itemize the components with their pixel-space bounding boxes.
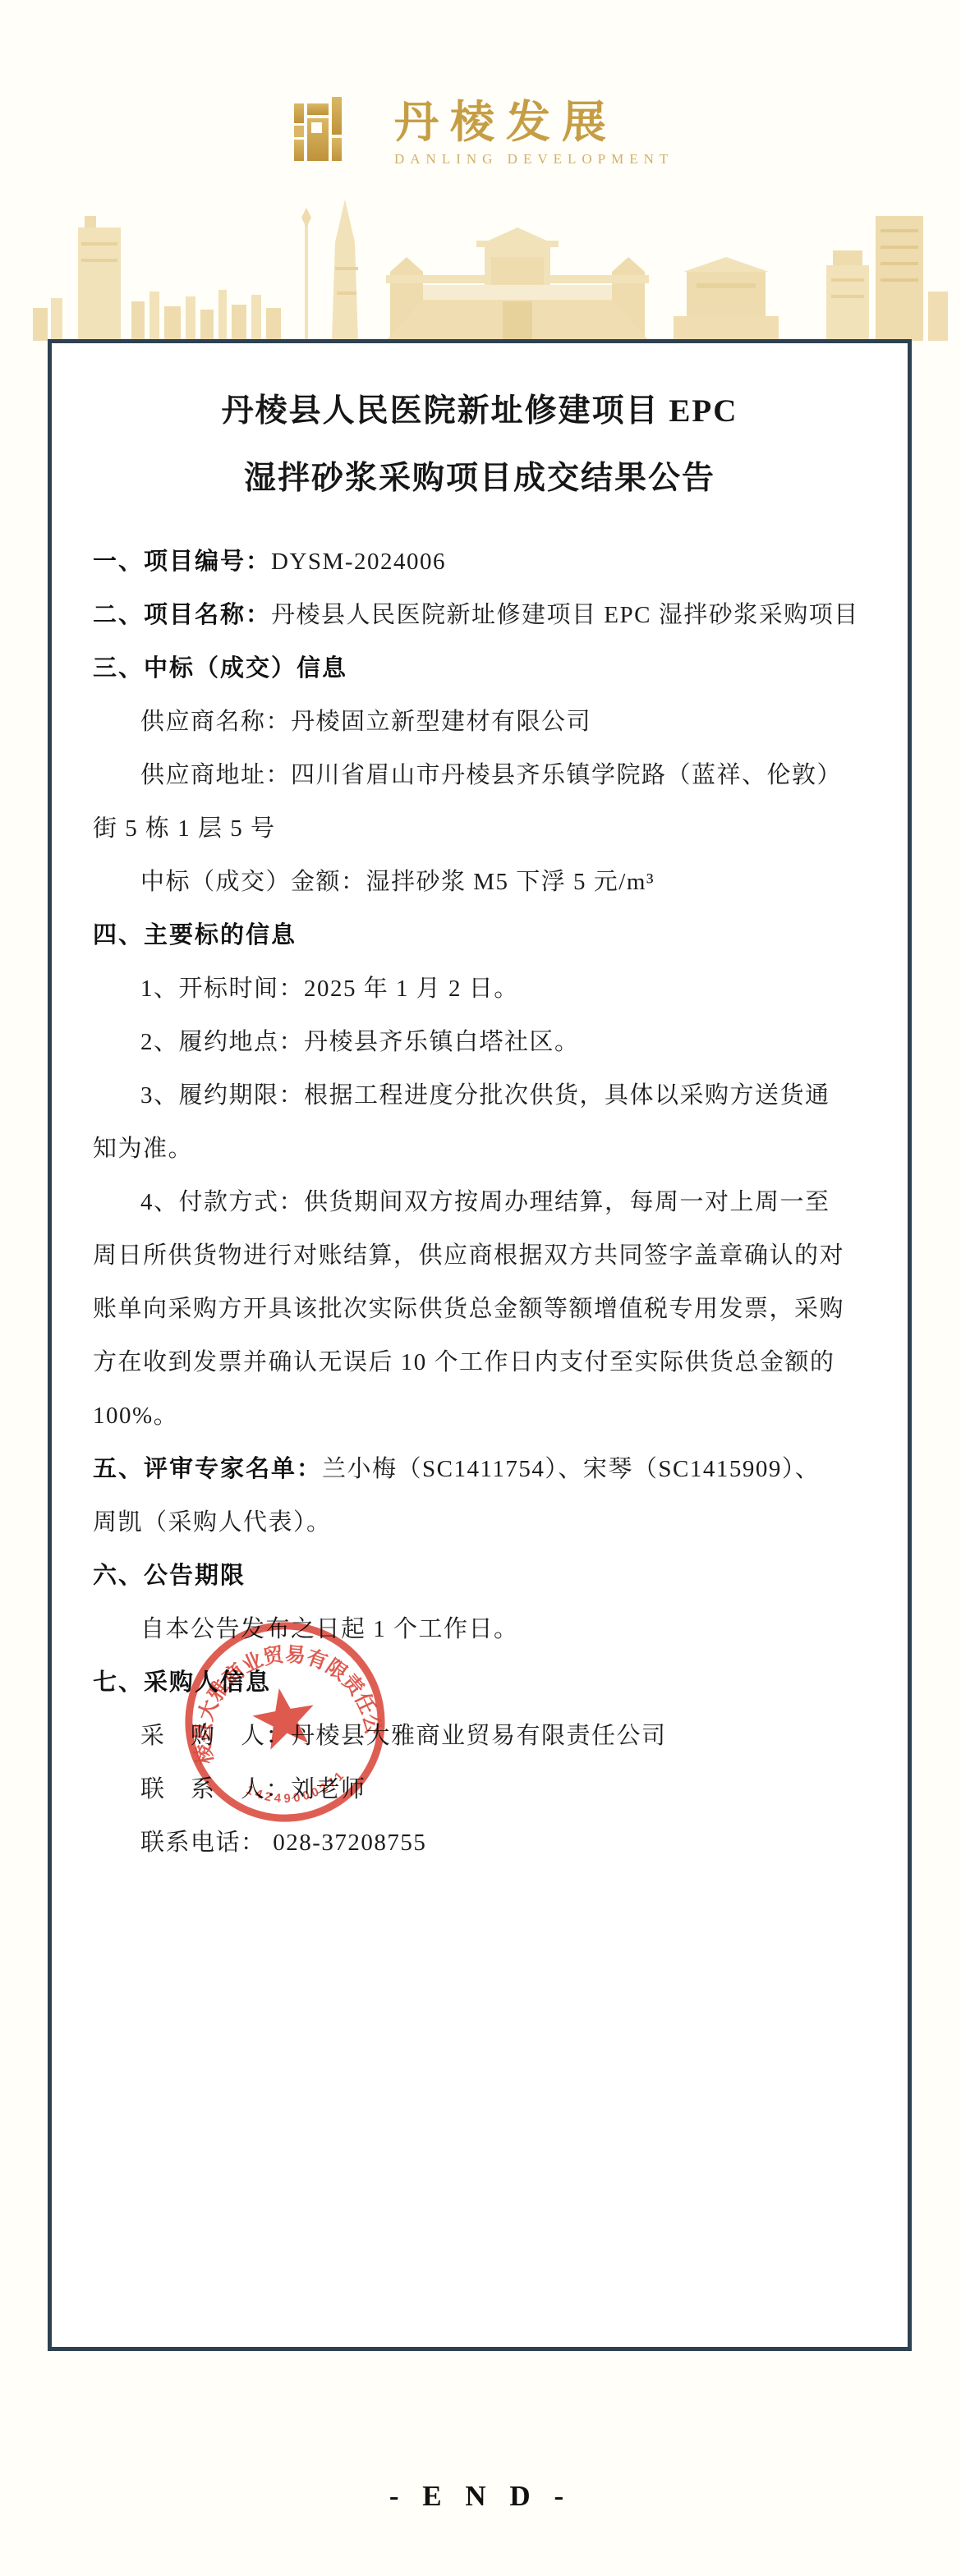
brand-text: 丹棱发展 DANLING DEVELOPMENT (394, 97, 674, 168)
seal-star-icon (249, 1683, 320, 1752)
doc-line: 五、评审专家名单：兰小梅（SC1411754）、宋琴（SC1415909）、 (93, 1443, 867, 1496)
doc-line: 中标（成交）金额：湿拌砂浆 M5 下浮 5 元/m³ (93, 856, 867, 909)
doc-line: 账单向采购方开具该批次实际供货总金额等额增值税专用发票，采购 (93, 1283, 867, 1336)
doc-line: 三、中标（成交）信息 (93, 642, 867, 696)
document-page: 丹棱发展 DANLING DEVELOPMENT (0, 0, 961, 2576)
doc-line: 供应商地址：四川省眉山市丹棱县齐乐镇学院路（蓝祥、伦敦） (93, 749, 867, 802)
title-line-1: 丹棱县人民医院新址修建项目 EPC (222, 393, 738, 429)
skyline-graphic (0, 193, 961, 341)
brand-header: 丹棱发展 DANLING DEVELOPMENT (294, 97, 674, 168)
doc-line: 周日所供货物进行对账结算，供应商根据双方共同签字盖章确认的对 (93, 1229, 867, 1283)
doc-line: 1、开标时间：2025 年 1 月 2 日。 (93, 962, 867, 1016)
doc-line: 方在收到发票并确认无误后 10 个工作日内支付至实际供货总金额的 (93, 1336, 867, 1389)
announcement-box: 丹棱县人民医院新址修建项目 EPC 湿拌砂浆采购项目成交结果公告 一、项目编号：… (48, 339, 912, 2351)
announcement-title: 丹棱县人民医院新址修建项目 EPC 湿拌砂浆采购项目成交结果公告 (68, 378, 891, 512)
doc-line: 供应商名称：丹棱固立新型建材有限公司 (93, 696, 867, 749)
doc-line: 2、履约地点：丹棱县齐乐镇白塔社区。 (93, 1016, 867, 1069)
danling-logo-icon (294, 97, 352, 161)
brand-name-english: DANLING DEVELOPMENT (394, 151, 674, 168)
doc-line: 六、公告期限 (93, 1550, 867, 1603)
doc-line: 3、履约期限：根据工程进度分批次供货，具体以采购方送货通 (93, 1069, 867, 1123)
doc-line: 一、项目编号：DYSM-2024006 (93, 535, 867, 589)
title-line-2: 湿拌砂浆采购项目成交结果公告 (244, 461, 715, 496)
end-mark: - E N D - (0, 2480, 961, 2513)
doc-line: 二、项目名称：丹棱县人民医院新址修建项目 EPC 湿拌砂浆采购项目 (93, 589, 867, 642)
doc-line: 四、主要标的信息 (93, 909, 867, 962)
doc-line: 4、付款方式：供货期间双方按周办理结算，每周一对上周一至 (93, 1176, 867, 1229)
brand-name-chinese: 丹棱发展 (394, 97, 674, 148)
doc-line: 街 5 栋 1 层 5 号 (93, 802, 867, 856)
doc-line: 知为准。 (93, 1123, 867, 1176)
doc-line: 100%。 (93, 1389, 867, 1443)
doc-line: 周凯（采购人代表）。 (93, 1496, 867, 1550)
company-seal: 丹棱县大雅商业贸易有限责任公司 14249000271 (179, 1616, 391, 1828)
